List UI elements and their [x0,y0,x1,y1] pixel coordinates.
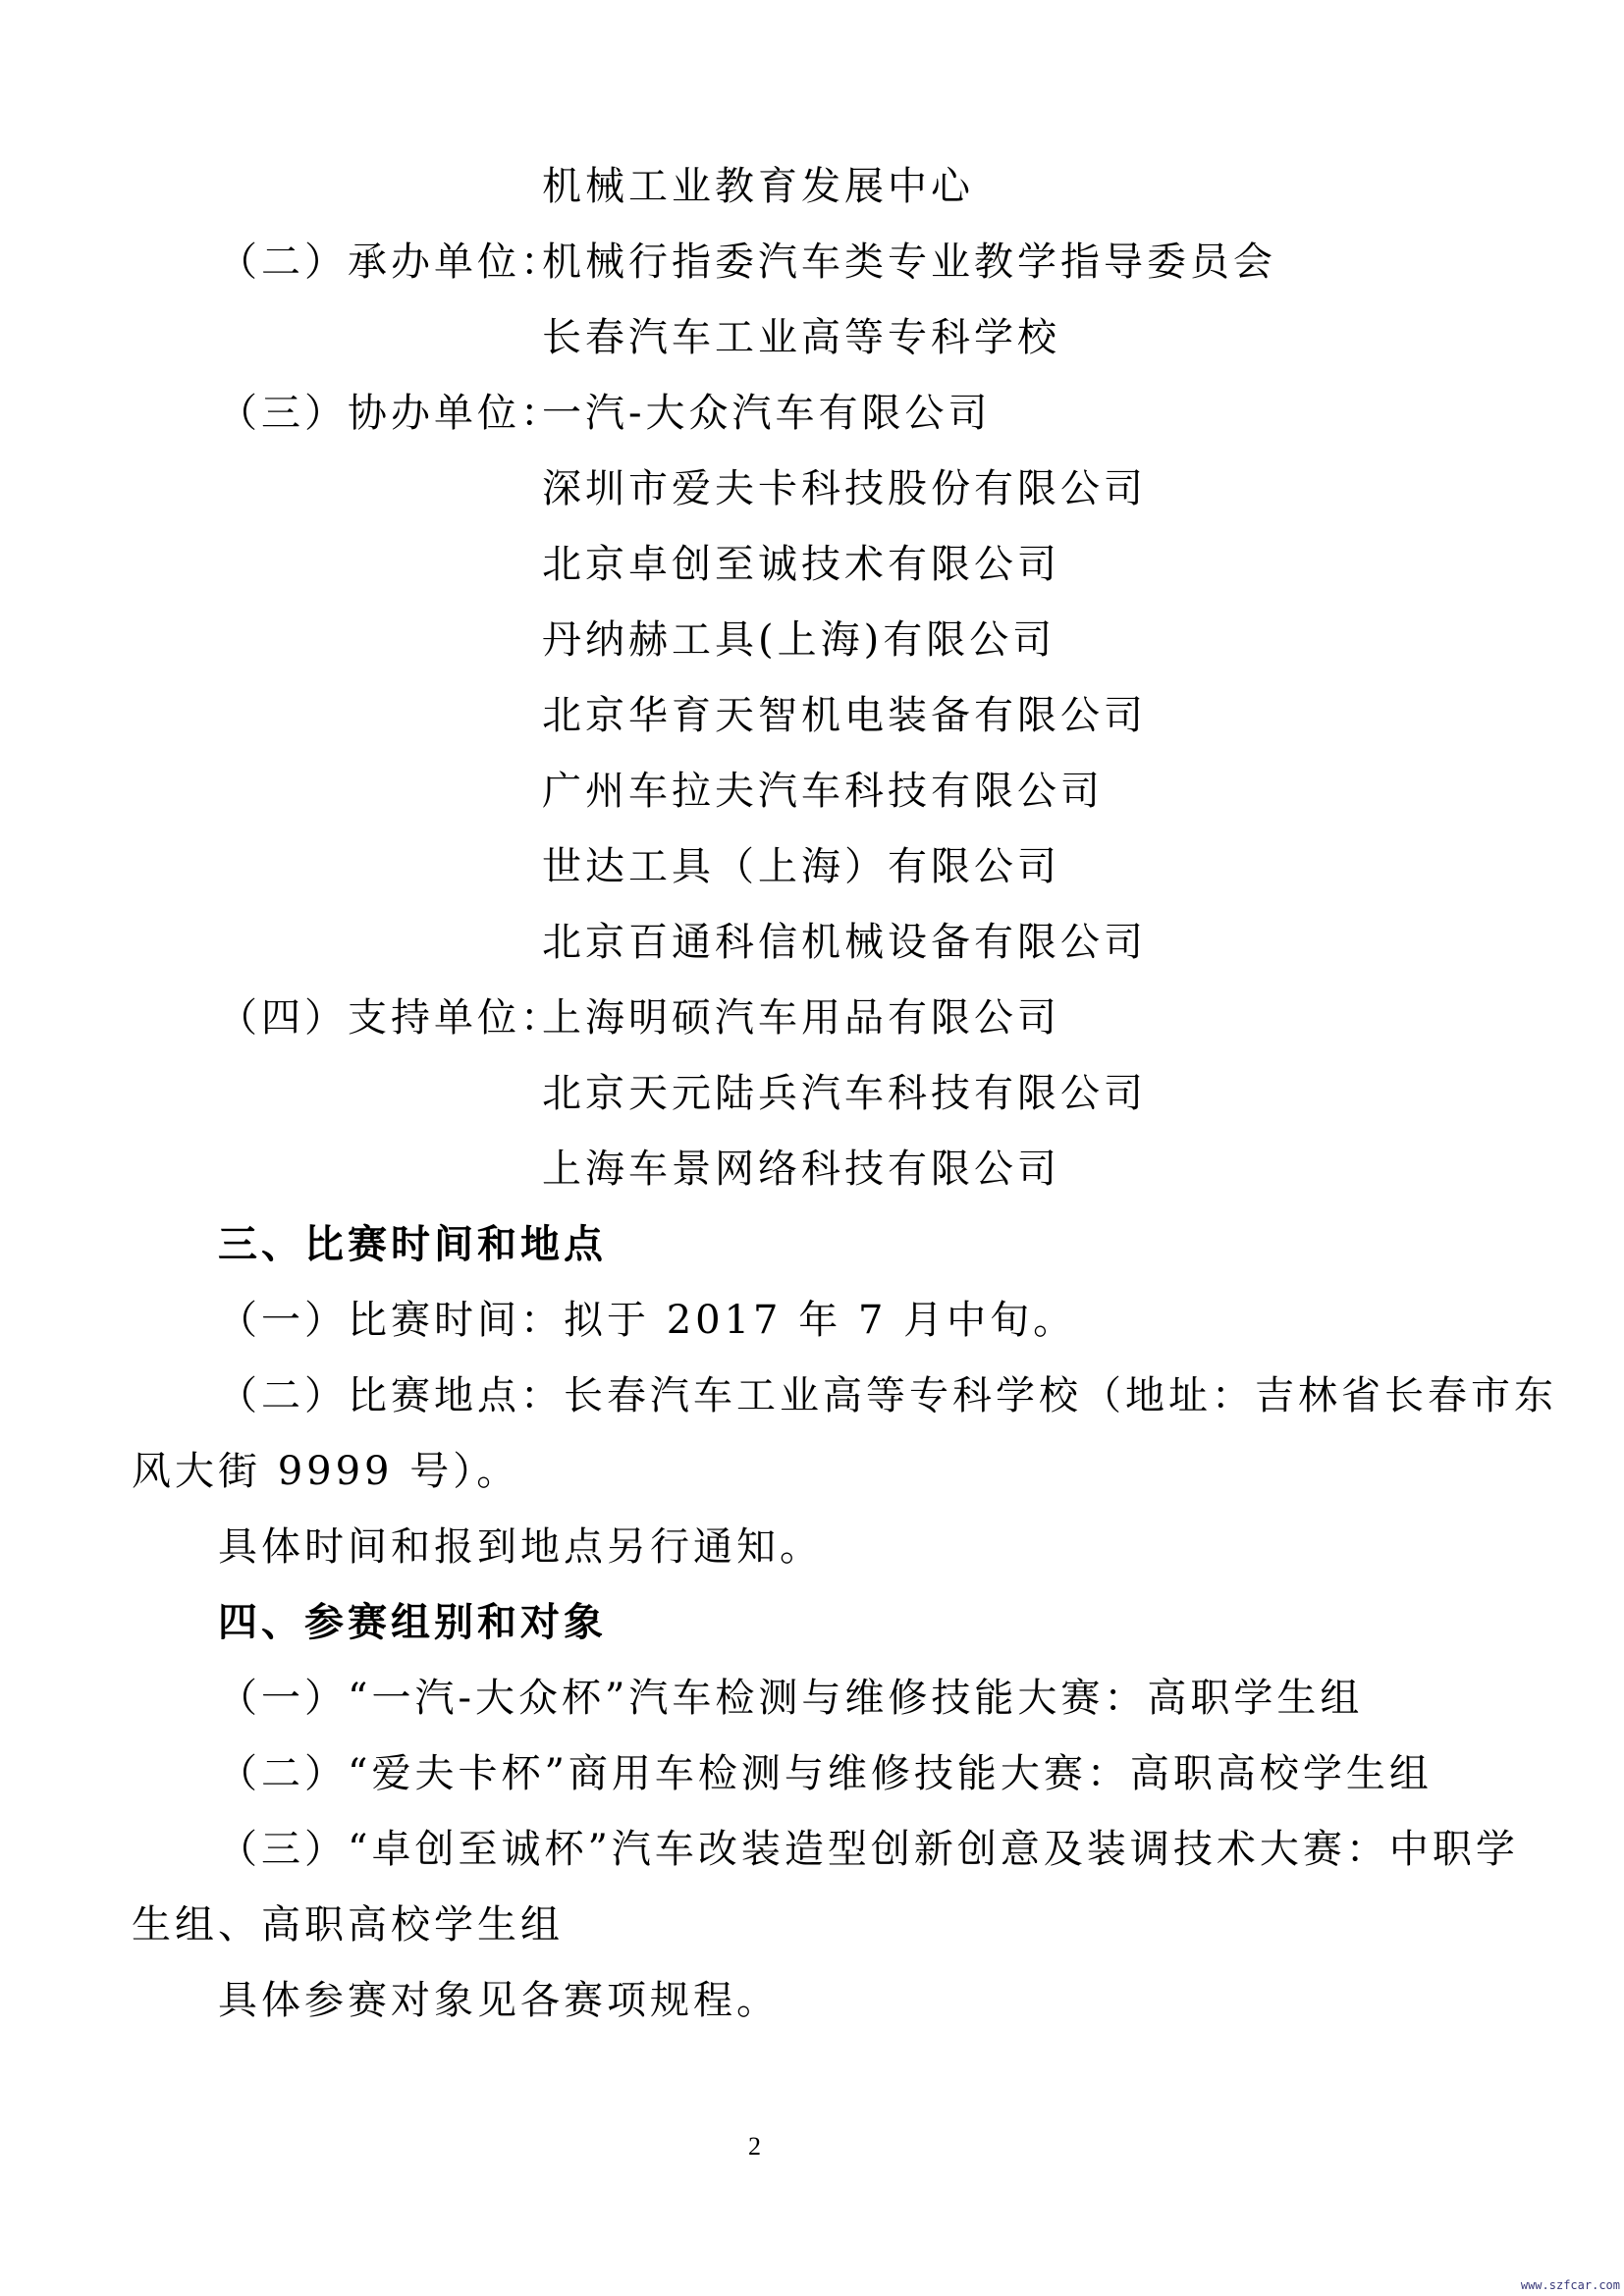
competition-venue-cont: 风大街 9999 号）。 [132,1447,519,1496]
co-organizer-unit: 北京华育天智机电装备有限公司 [542,691,1147,740]
competition-venue: （二）比赛地点：长春汽车工业高等专科学校（地址：吉林省长春市东 [218,1371,1557,1420]
supporter-label: （四）支持单位： [218,993,564,1042]
group-item: （二）“爱夫卡杯”商用车检测与维修技能大赛：高职高校学生组 [218,1749,1433,1798]
watermark: www.szfcar.com [1521,2278,1620,2292]
section-heading: 四、参赛组别和对象 [218,1598,607,1647]
host-unit-continuation: 机械工业教育发展中心 [542,162,974,211]
co-organizer-unit: 广州车拉夫汽车科技有限公司 [542,767,1104,816]
supporter-unit: 上海明硕汽车用品有限公司 [542,993,1060,1042]
supporter-unit: 北京天元陆兵汽车科技有限公司 [542,1069,1147,1118]
group-item: （一）“一汽-大众杯”汽车检测与维修技能大赛：高职学生组 [218,1674,1363,1723]
group-item: （三）“卓创至诚杯”汽车改装造型创新创意及装调技术大赛：中职学 [218,1825,1519,1874]
co-organizer-unit: 北京百通科信机械设备有限公司 [542,918,1147,967]
section-heading: 三、比赛时间和地点 [218,1220,607,1269]
undertaking-label: （二）承办单位： [218,238,564,287]
undertaking-unit: 长春汽车工业高等专科学校 [542,313,1060,362]
co-organizer-unit: 北京卓创至诚技术有限公司 [542,540,1060,589]
co-organizer-unit: 一汽-大众汽车有限公司 [542,389,992,438]
co-organizer-unit: 丹纳赫工具(上海)有限公司 [542,615,1056,665]
supporter-unit: 上海车景网络科技有限公司 [542,1145,1060,1194]
group-note: 具体参赛对象见各赛项规程。 [218,1976,780,2025]
venue-note: 具体时间和报到地点另行通知。 [218,1522,823,1572]
co-organizer-unit: 世达工具（上海）有限公司 [542,842,1060,891]
competition-time: （一）比赛时间：拟于 2017 年 7 月中旬。 [218,1296,1076,1345]
co-organizer-unit: 深圳市爱夫卡科技股份有限公司 [542,464,1147,513]
page-number: 2 [748,2132,761,2162]
co-organizer-label: （三）协办单位： [218,389,564,438]
group-item-cont: 生组、高职高校学生组 [132,1900,564,1949]
undertaking-unit: 机械行指委汽车类专业教学指导委员会 [542,238,1276,287]
